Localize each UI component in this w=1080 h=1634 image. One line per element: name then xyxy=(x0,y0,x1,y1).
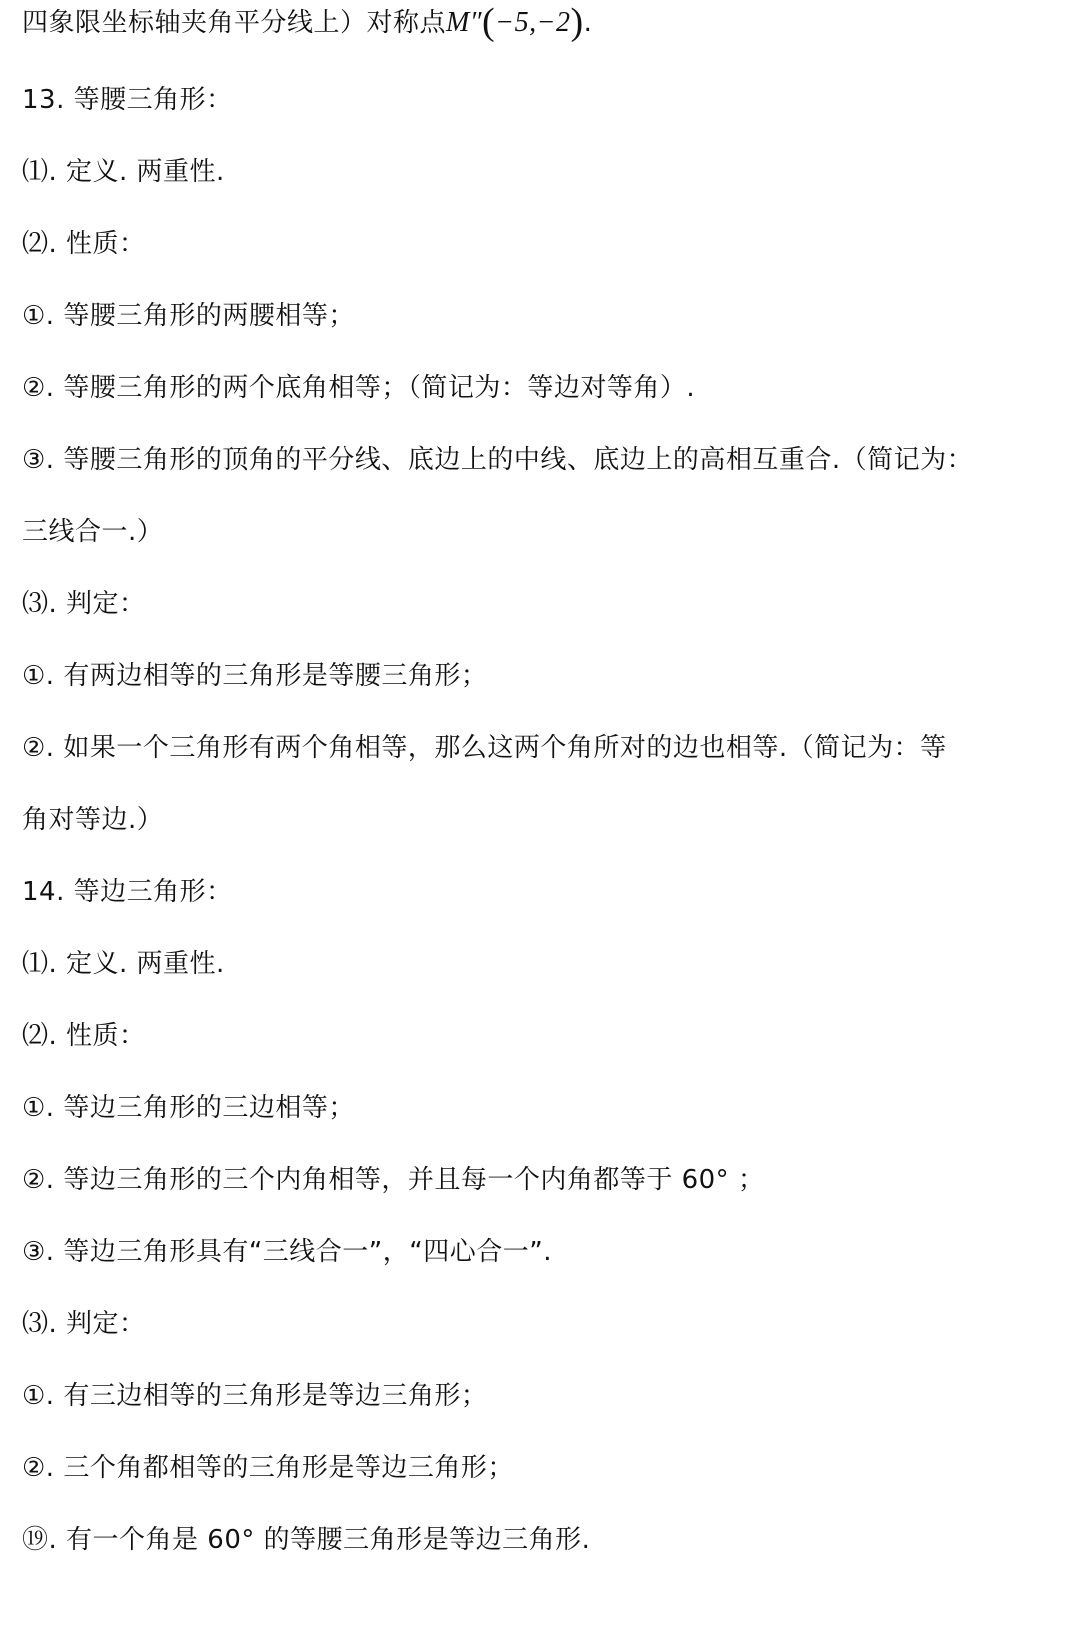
math-open-paren: ( xyxy=(482,1,495,43)
list-item: ③. 等腰三角形的顶角的平分线、底边上的中线、底边上的高相互重合.（简记为： xyxy=(22,440,973,480)
subheading-properties: ⑵. 性质： xyxy=(22,1016,146,1056)
subheading-criteria: ⑶. 判定： xyxy=(22,584,146,624)
list-item: ③. 等边三角形具有“三线合一”，“四心合一”. xyxy=(22,1232,552,1272)
list-item: ②. 等边三角形的三个内角相等，并且每一个内角都等于 60° ； xyxy=(22,1160,764,1200)
list-item: ②. 三个角都相等的三角形是等边三角形； xyxy=(22,1448,514,1488)
list-item: ①. 有三边相等的三角形是等边三角形； xyxy=(22,1376,487,1416)
list-item: ⑲. 有一个角是 60° 的等腰三角形是等边三角形. xyxy=(22,1520,590,1560)
section-heading-14: 14. 等边三角形： xyxy=(22,872,233,912)
list-item: ②. 等腰三角形的两个底角相等；（简记为：等边对等角）. xyxy=(22,368,695,408)
text-line-definition: ⑴. 定义. 两重性. xyxy=(22,944,225,984)
text-line-definition: ⑴. 定义. 两重性. xyxy=(22,152,225,192)
line-tail: . xyxy=(584,8,593,38)
list-item: ②. 如果一个三角形有两个角相等，那么这两个角所对的边也相等.（简记为：等 xyxy=(22,728,947,768)
math-coordinates: −5,−2 xyxy=(495,7,570,38)
math-close-paren: ) xyxy=(570,1,583,43)
subheading-criteria: ⑶. 判定： xyxy=(22,1304,146,1344)
list-item: ①. 等腰三角形的两腰相等； xyxy=(22,296,355,336)
list-item: ①. 等边三角形的三边相等； xyxy=(22,1088,355,1128)
list-item-continuation: 角对等边.） xyxy=(22,800,163,840)
subheading-properties: ⑵. 性质： xyxy=(22,224,146,264)
list-item-continuation: 三线合一.） xyxy=(22,512,163,552)
list-item: ①. 有两边相等的三角形是等腰三角形； xyxy=(22,656,487,696)
math-point-label: M″ xyxy=(446,7,482,38)
text-line-symmetric-point: 四象限坐标轴夹角平分线上）对称点M″(−5,−2). xyxy=(22,2,592,43)
line-text: 四象限坐标轴夹角平分线上）对称点 xyxy=(22,8,446,38)
section-heading-13: 13. 等腰三角形： xyxy=(22,80,233,120)
